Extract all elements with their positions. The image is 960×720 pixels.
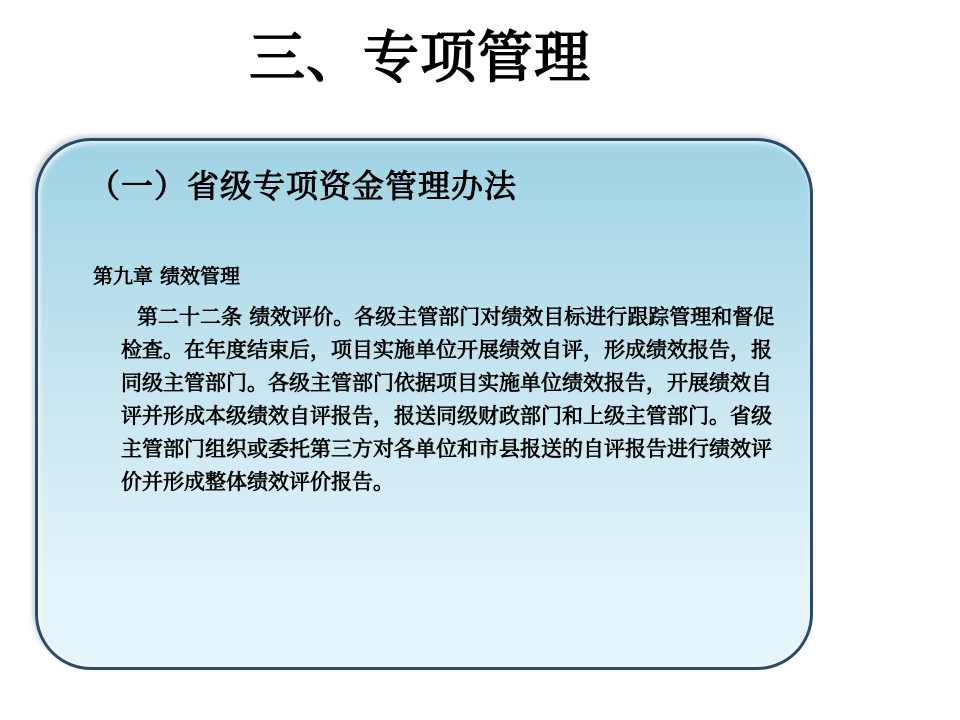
- slide-canvas: 三、专项管理 （一）省级专项资金管理办法 第九章 绩效管理 第二十二条 绩效评价…: [0, 0, 960, 720]
- body-line: 第二十二条 绩效评价。各级主管部门对绩效目标进行跟踪管理和督促: [121, 301, 769, 334]
- section-title: 第九章 绩效管理: [93, 264, 240, 288]
- body-line: 评并形成本级绩效自评报告，报送同级财政部门和上级主管部门。省级: [121, 400, 769, 433]
- content-panel: （一）省级专项资金管理办法 第九章 绩效管理 第二十二条 绩效评价。各级主管部门…: [35, 138, 813, 670]
- body-line: 检查。在年度结束后，项目实施单位开展绩效自评，形成绩效报告，报: [121, 334, 769, 367]
- panel-heading: （一）省级专项资金管理办法: [88, 169, 517, 204]
- body-paragraph: 第二十二条 绩效评价。各级主管部门对绩效目标进行跟踪管理和督促 检查。在年度结束…: [121, 301, 769, 499]
- body-line: 主管部门组织或委托第三方对各单位和市县报送的自评报告进行绩效评: [121, 433, 769, 466]
- body-line: 价并形成整体绩效评价报告。: [121, 466, 769, 499]
- body-line: 同级主管部门。各级主管部门依据项目实施单位绩效报告，开展绩效自: [121, 367, 769, 400]
- slide-title: 三、专项管理: [0, 24, 840, 91]
